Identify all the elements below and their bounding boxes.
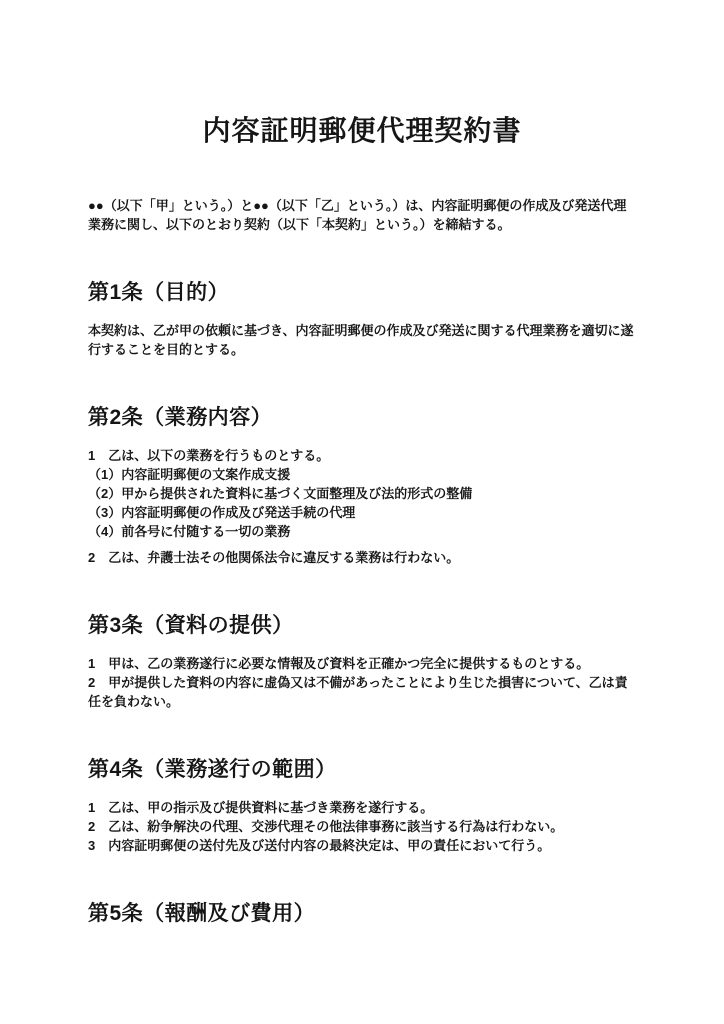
article-5-section: 第5条（報酬及び費用） [88,901,636,927]
article-2-item-4: （4）前各号に付随する一切の業務 [88,522,636,541]
article-2-heading: 第2条（業務内容） [88,405,636,431]
article-2-clause-1-intro: 1 乙は、以下の業務を行うものとする。 [88,446,636,465]
preamble-paragraph: ●●（以下「甲」という。）と●●（以下「乙」という。）は、内容証明郵便の作成及び… [88,196,636,234]
article-2-clause-1-list: 1 乙は、以下の業務を行うものとする。 （1）内容証明郵便の文案作成支援 （2）… [88,446,636,541]
article-3-heading: 第3条（資料の提供） [88,613,636,639]
article-4-clause-2: 2 乙は、紛争解決の代理、交渉代理その他法律事務に該当する行為は行わない。 [88,817,636,836]
article-2-clause-2: 2 乙は、弁護士法その他関係法令に違反する業務は行わない。 [88,548,636,567]
article-4-clause-1: 1 乙は、甲の指示及び提供資料に基づき業務を遂行する。 [88,798,636,817]
article-3-clause-1: 1 甲は、乙の業務遂行に必要な情報及び資料を正確かつ完全に提供するものとする。 [88,654,636,673]
article-2-item-1: （1）内容証明郵便の文案作成支援 [88,465,636,484]
article-4-clause-3: 3 内容証明郵便の送付先及び送付内容の最終決定は、甲の責任において行う。 [88,836,636,855]
article-2-item-2: （2）甲から提供された資料に基づく文面整理及び法的形式の整備 [88,484,636,503]
document-title: 内容証明郵便代理契約書 [88,0,636,150]
article-3-section: 第3条（資料の提供） 1 甲は、乙の業務遂行に必要な情報及び資料を正確かつ完全に… [88,613,636,711]
article-5-heading: 第5条（報酬及び費用） [88,901,636,927]
article-1-heading: 第1条（目的） [88,280,636,306]
article-3-clause-2: 2 甲が提供した資料の内容に虚偽又は不備があったことにより生じた損害について、乙… [88,673,636,711]
article-1-body: 本契約は、乙が甲の依頼に基づき、内容証明郵便の作成及び発送に関する代理業務を適切… [88,321,636,359]
article-2-item-3: （3）内容証明郵便の作成及び発送手続の代理 [88,503,636,522]
article-2-section: 第2条（業務内容） 1 乙は、以下の業務を行うものとする。 （1）内容証明郵便の… [88,405,636,567]
article-4-section: 第4条（業務遂行の範囲） 1 乙は、甲の指示及び提供資料に基づき業務を遂行する。… [88,757,636,855]
article-1-section: 第1条（目的） 本契約は、乙が甲の依頼に基づき、内容証明郵便の作成及び発送に関す… [88,280,636,359]
article-4-heading: 第4条（業務遂行の範囲） [88,757,636,783]
contract-document-page: 内容証明郵便代理契約書 ●●（以下「甲」という。）と●●（以下「乙」という。）は… [0,0,724,1024]
